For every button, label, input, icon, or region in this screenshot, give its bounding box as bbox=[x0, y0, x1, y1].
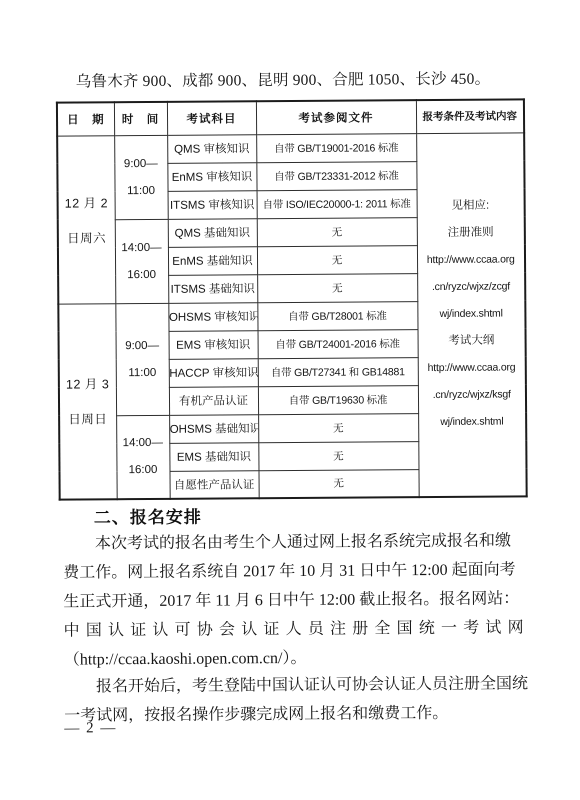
date-cell-dec2: 12 月 2 日周六 bbox=[57, 135, 115, 303]
date-line: 日周日 bbox=[60, 409, 116, 427]
conditions-line: 考试大纲 bbox=[418, 328, 525, 356]
conditions-url-line: .cn/ryzc/wjxz/zcgf bbox=[418, 274, 525, 302]
col-header-subject: 考试科目 bbox=[167, 101, 256, 135]
subject-cell: 有机产品认证 bbox=[169, 386, 258, 415]
date-line: 日周六 bbox=[59, 228, 115, 246]
conditions-line: 见相应: bbox=[417, 193, 524, 221]
exam-fees-line: 乌鲁木齐 900、成都 900、昆明 900、合肥 1050、长沙 450。 bbox=[76, 67, 491, 92]
date-line: 12 月 3 bbox=[60, 374, 116, 392]
conditions-url-line: wj/index.shtml bbox=[419, 409, 526, 437]
time-line: 9:00— bbox=[115, 157, 167, 169]
conditions-url-line: .cn/ryzc/wjxz/ksgf bbox=[418, 382, 525, 410]
col-header-date: 日 期 bbox=[57, 102, 114, 135]
subject-cell: QMS 审核知识 bbox=[167, 134, 256, 163]
registration-paragraph-1: 本次考试的报名由考生个人通过网上报名系统完成报名和缴 费工作。网上报名系统自 2… bbox=[63, 526, 523, 674]
time-line: 11:00 bbox=[116, 366, 168, 378]
table-row: 12 月 2 日周六 9:00— 11:00 QMS 审核知识 自带 GB/T1… bbox=[57, 132, 524, 163]
date-cell-dec3: 12 月 3 日周日 bbox=[58, 303, 116, 499]
reference-cell: 无 bbox=[258, 469, 418, 498]
section-heading-registration: 二、报名安排 bbox=[94, 503, 202, 529]
col-header-conditions: 报考条件及考试内容 bbox=[416, 99, 524, 133]
conditions-url-line: wj/index.shtml bbox=[418, 301, 525, 329]
reference-cell: 自带 GB/T27341 和 GB14881 bbox=[258, 357, 418, 386]
paragraph-line: 本次考试的报名由考生个人通过网上报名系统完成报名和缴 bbox=[63, 526, 522, 558]
scanned-document-sheet: 乌鲁木齐 900、成都 900、昆明 900、合肥 1050、长沙 450。 日… bbox=[0, 0, 580, 800]
conditions-cell: 见相应: 注册准则 http://www.ccaa.org .cn/ryzc/w… bbox=[416, 132, 527, 497]
conditions-line: 注册准则 bbox=[417, 220, 524, 248]
col-header-time: 时 间 bbox=[114, 102, 167, 135]
table-header-row: 日 期 时 间 考试科目 考试参阅文件 报考条件及考试内容 bbox=[57, 99, 524, 135]
subject-cell: 自愿性产品认证 bbox=[169, 470, 258, 499]
conditions-url-line: http://www.ccaa.org bbox=[418, 355, 525, 383]
subject-cell: EMS 审核知识 bbox=[169, 330, 258, 359]
time-line: 14:00— bbox=[117, 437, 169, 449]
subject-cell: QMS 基础知识 bbox=[168, 218, 257, 247]
paragraph-line: 费工作。网上报名系统自 2017 年 10 月 31 日中午 12:00 起面向… bbox=[63, 555, 522, 587]
subject-cell: EnMS 基础知识 bbox=[168, 246, 257, 275]
reference-cell: 自带 GB/T24001-2016 标准 bbox=[258, 329, 418, 358]
reference-cell: 无 bbox=[257, 245, 417, 274]
time-cell-morning: 9:00— 11:00 bbox=[114, 135, 168, 219]
time-line: 16:00 bbox=[116, 268, 168, 280]
col-header-reference: 考试参阅文件 bbox=[256, 100, 416, 134]
date-line: 12 月 2 bbox=[59, 193, 115, 211]
paragraph-line: 生正式开通，2017 年 11 月 6 日中午 12:00 截止报名。报名网站： bbox=[63, 584, 522, 616]
subject-cell: EMS 基础知识 bbox=[169, 442, 258, 471]
subject-cell: ITSMS 审核知识 bbox=[168, 190, 257, 219]
subject-cell: OHSMS 基础知识 bbox=[169, 414, 258, 443]
reference-cell: 自带 GB/T19630 标准 bbox=[258, 385, 418, 414]
subject-cell: EnMS 审核知识 bbox=[167, 162, 256, 191]
time-line: 11:00 bbox=[115, 184, 167, 196]
paragraph-line: 中国认证认可协会认证人员注册全国统一考试网 bbox=[64, 613, 523, 645]
reference-cell: 自带 GB/T28001 标准 bbox=[257, 301, 417, 330]
reference-cell: 自带 GB/T19001-2016 标准 bbox=[256, 133, 416, 162]
time-cell-morning: 9:00— 11:00 bbox=[115, 303, 169, 415]
subject-cell: OHSMS 审核知识 bbox=[168, 302, 257, 331]
time-cell-afternoon: 14:00— 16:00 bbox=[116, 415, 170, 499]
reference-cell: 无 bbox=[258, 441, 418, 470]
reference-cell: 无 bbox=[258, 413, 418, 442]
time-line: 14:00— bbox=[115, 241, 167, 253]
conditions-url-line: http://www.ccaa.org bbox=[417, 247, 524, 275]
reference-cell: 自带 ISO/IEC20000-1: 2011 标准 bbox=[257, 189, 417, 218]
exam-schedule-table: 日 期 时 间 考试科目 考试参阅文件 报考条件及考试内容 12 月 2 日周六… bbox=[56, 98, 528, 500]
page-number: — 2 — bbox=[64, 720, 117, 737]
subject-cell: HACCP 审核知识 bbox=[169, 358, 258, 387]
reference-cell: 无 bbox=[257, 273, 417, 302]
reference-cell: 自带 GB/T23331-2012 标准 bbox=[256, 161, 416, 190]
time-line: 16:00 bbox=[117, 464, 169, 476]
time-cell-afternoon: 14:00— 16:00 bbox=[115, 219, 169, 303]
paragraph-line: 报名开始后，考生登陆中国认证认可协会认证人员注册全国统 bbox=[64, 669, 523, 701]
paragraph-line: 一考试网，按报名操作步骤完成网上报名和缴费工作。 bbox=[64, 698, 523, 730]
reference-cell: 无 bbox=[257, 217, 417, 246]
subject-cell: ITSMS 基础知识 bbox=[168, 274, 257, 303]
registration-paragraph-2: 报名开始后，考生登陆中国认证认可协会认证人员注册全国统 一考试网，按报名操作步骤… bbox=[64, 669, 523, 730]
time-line: 9:00— bbox=[116, 339, 168, 351]
